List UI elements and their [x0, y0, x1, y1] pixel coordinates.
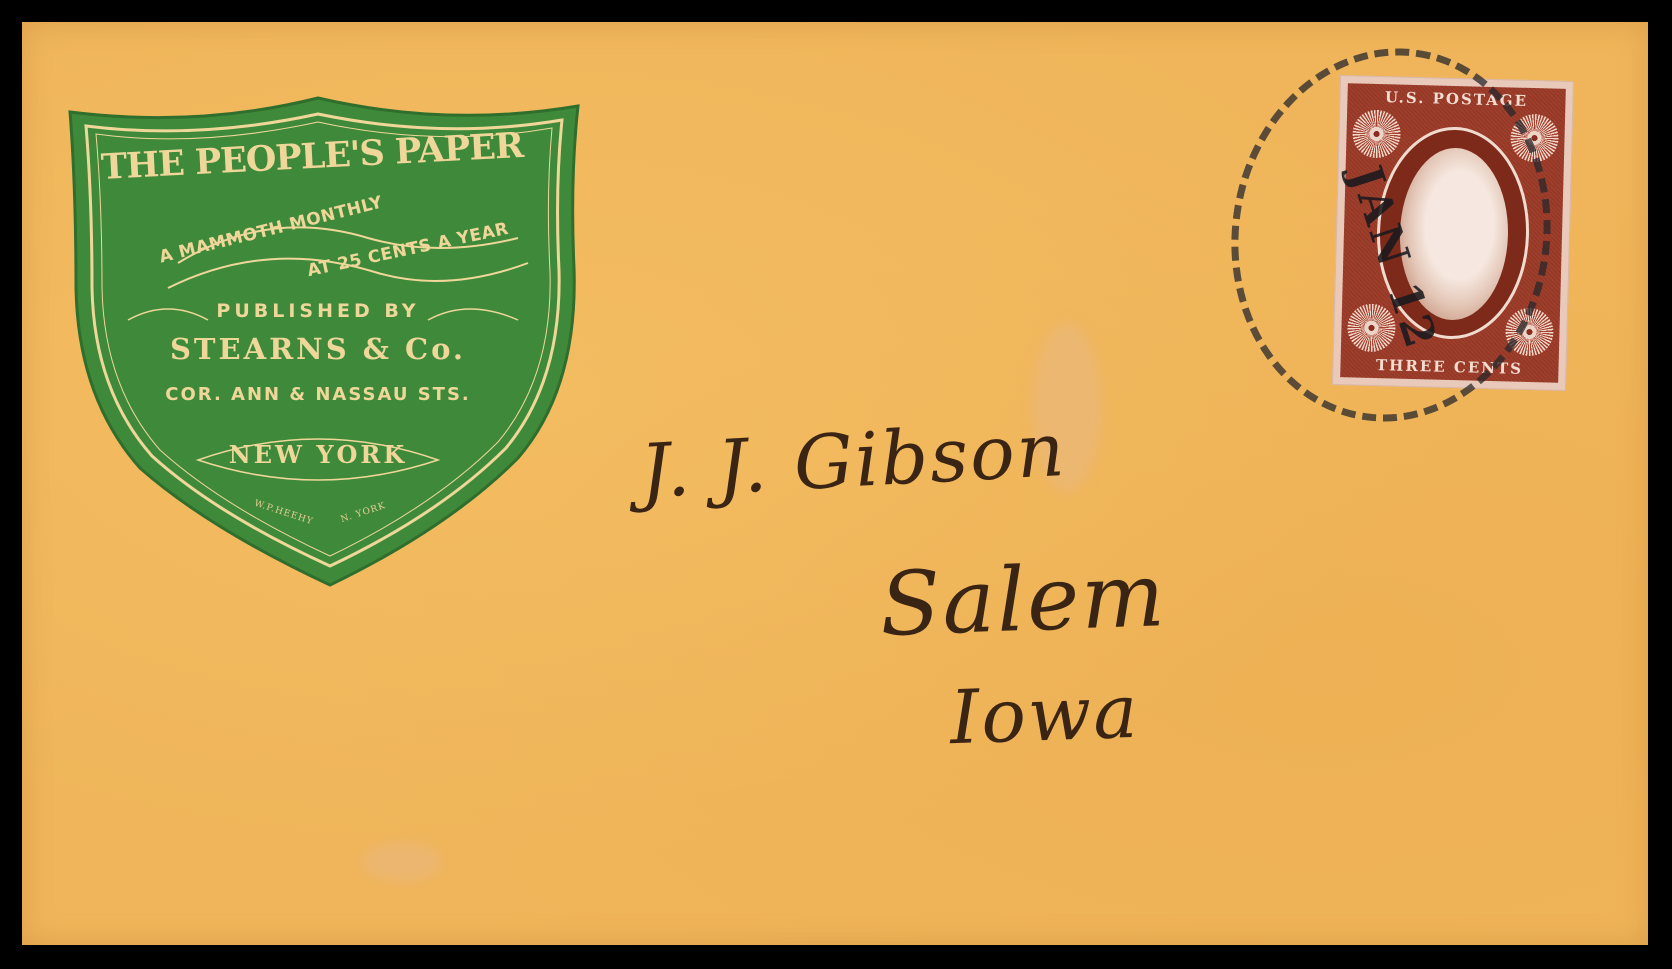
corner-card-publisher: STEARNS & Co.	[48, 332, 588, 366]
corner-card-city: NEW YORK	[48, 440, 588, 469]
address-city: Salem	[878, 543, 1168, 656]
corner-card-shield: THE PEOPLE'S PAPER A MAMMOTH MONTHLY AT …	[48, 88, 588, 588]
corner-card-published-by: PUBLISHED BY	[48, 300, 588, 322]
corner-card-title: THE PEOPLE'S PAPER	[91, 125, 533, 189]
corner-card-address: COR. ANN & NASSAU STS.	[48, 384, 588, 405]
engraver-imprint: W.P.HEEHY N. YORK	[200, 508, 440, 518]
engraver-imprint-left: W.P.HEEHY	[253, 499, 315, 527]
paper-stain	[362, 842, 442, 882]
address-state: Iowa	[949, 669, 1141, 762]
engraver-imprint-right: N. YORK	[340, 501, 388, 525]
